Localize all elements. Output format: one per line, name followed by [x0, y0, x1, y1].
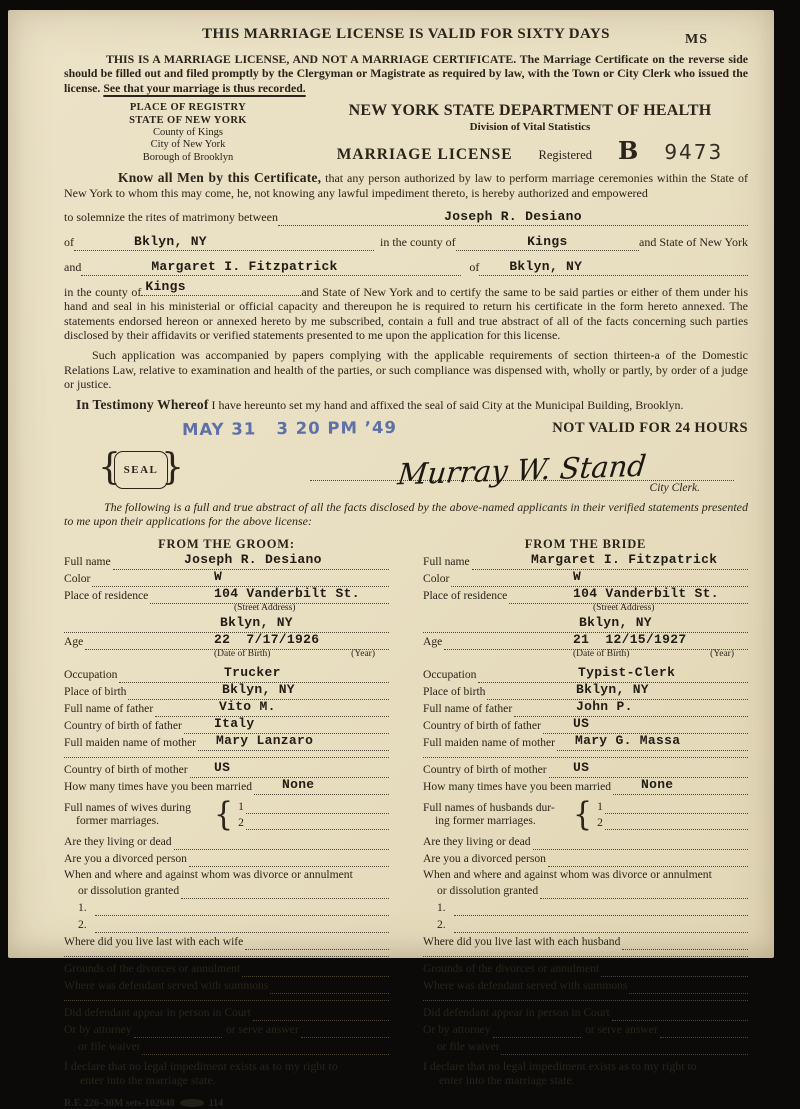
bride-divorce-item1-row: 1.	[423, 899, 748, 916]
dob-note: (Date of Birth)	[573, 650, 629, 662]
field-value: Italy	[214, 717, 255, 731]
bride-birthplace-row: Place of birth Bklyn, NY	[423, 683, 748, 700]
groom-bride-columns: FROM THE GROOM: Full name Joseph R. Desi…	[64, 537, 748, 1030]
bride-living-row: Are they living or dead	[423, 833, 748, 850]
groom-mother-row: Full maiden name of mother Mary Lanzaro	[64, 734, 389, 751]
dob-note-row: (Date of Birth) (Year)	[64, 650, 389, 662]
field-value: 22 7/17/1926	[214, 633, 319, 647]
dotted-line	[242, 962, 389, 977]
county2-label: in the county of	[64, 285, 141, 299]
groom-summons-row: Where was defendant served with summons	[64, 977, 389, 994]
groom-living-row: Are they living or dead	[64, 833, 389, 850]
groom-attorney-row: Or by attorney or serve answer	[64, 1021, 389, 1030]
dob-note-row: (Date of Birth) (Year)	[423, 650, 748, 662]
dotted-line	[548, 852, 748, 867]
dotted-line	[270, 979, 389, 994]
field-label: Place of residence	[423, 590, 509, 604]
field-label: Where was defendant served with summons	[64, 980, 270, 994]
groom-divorce-item1-row: 1.	[64, 899, 389, 916]
groom-birthplace-row: Place of birth Bklyn, NY	[64, 683, 389, 700]
section-divider	[423, 757, 748, 758]
dotted-line	[454, 901, 748, 916]
groom-heading: FROM THE GROOM:	[64, 537, 389, 553]
field-value: Margaret I. Fitzpatrick	[531, 553, 717, 567]
field-value: W	[573, 570, 581, 584]
department-title: NEW YORK STATE DEPARTMENT OF HEALTH	[312, 102, 748, 120]
groom-city-value: Bklyn, NY	[134, 234, 434, 249]
groom-column: FROM THE GROOM: Full name Joseph R. Desi…	[64, 537, 389, 1030]
field-label: Are you a divorced person	[423, 853, 548, 867]
registered-series-letter: B	[618, 141, 638, 160]
notice-paragraph: THIS IS A MARRIAGE LICENSE, AND NOT A MA…	[64, 52, 748, 95]
former-marriages-label: Full names of wives during former marria…	[64, 801, 214, 828]
county2-value: Kings	[145, 279, 186, 295]
date-time-stamp: MAY 31 3 20 PM ’49	[182, 418, 397, 439]
item-number: 1	[238, 801, 246, 815]
dotted-line	[629, 979, 748, 994]
field-label: Age	[64, 636, 85, 650]
former-item-2: 2	[597, 814, 748, 830]
item-number: 1.	[64, 902, 89, 916]
groom-occupation-row: Occupation Trucker	[64, 666, 389, 683]
stamp-row: MAY 31 3 20 PM ’49 NOT VALID FOR 24 HOUR…	[64, 419, 748, 438]
department-block: NEW YORK STATE DEPARTMENT OF HEALTH Divi…	[312, 102, 748, 164]
field-label: Where was defendant served with summons	[423, 980, 629, 994]
bride-name-value: Margaret I. Fitzpatrick	[151, 259, 531, 274]
marriage-license-document: MS THIS MARRIAGE LICENSE IS VALID FOR SI…	[8, 10, 774, 958]
field-label: Age	[423, 636, 444, 650]
solemnize-line: to solemnize the rites of matrimony betw…	[64, 209, 748, 226]
bride-column: FROM THE BRIDE Full name Margaret I. Fit…	[423, 537, 748, 1030]
dotted-line	[253, 1006, 389, 1021]
groom-father-row: Full name of father Vito M.	[64, 700, 389, 717]
bride-full-name-row: Full name Margaret I. Fitzpatrick	[423, 553, 748, 570]
field-value: Bklyn, NY	[579, 616, 652, 630]
field-label: Grounds of the divorces or annulment	[64, 963, 242, 977]
bride-divorce-question-line1: When and where and against whom was divo…	[423, 867, 748, 882]
groom-full-name-row: Full name Joseph R. Desiano	[64, 553, 389, 570]
solemnize-label: to solemnize the rites of matrimony betw…	[64, 210, 278, 226]
field-label: Color	[64, 573, 92, 587]
item-number: 1.	[423, 902, 448, 916]
item-number: 2	[597, 817, 605, 831]
groom-father-country-row: Country of birth of father Italy	[64, 717, 389, 734]
field-label: Did defendant appear in person in Court	[64, 1007, 253, 1021]
field-label: Place of birth	[423, 686, 487, 700]
field-value: John P.	[576, 700, 633, 714]
registered-label: Registered	[539, 148, 592, 163]
field-label: Where did you live last with each husban…	[423, 936, 622, 950]
former-marriage-lines: 1 2	[238, 798, 389, 830]
field-label: Full name	[64, 556, 113, 570]
registry-line3: County of Kings	[64, 127, 312, 139]
item-number: 2.	[423, 919, 448, 933]
field-label: Grounds of the divorces or annulment	[423, 963, 601, 977]
field-label: Occupation	[423, 669, 478, 683]
field-value: Mary G. Massa	[575, 734, 680, 748]
dotted-line	[605, 815, 748, 830]
groom-divorce-question-line1: When and where and against whom was divo…	[64, 867, 389, 882]
bride-summons-row: Where was defendant served with summons	[423, 977, 748, 994]
brace-glyph: {	[573, 795, 592, 834]
field-label: Are you a divorced person	[64, 853, 189, 867]
bride-city-value: Bklyn, NY	[509, 259, 778, 274]
dotted-line	[660, 1023, 748, 1030]
registered-number: 9473	[664, 140, 723, 164]
testimony-text: I have hereunto set my hand and affixed …	[209, 398, 684, 412]
bride-lived-last-row: Where did you live last with each husban…	[423, 933, 748, 950]
bride-times-married-row: How many times have you been married Non…	[423, 778, 748, 795]
bride-city-row: Bklyn, NY	[423, 616, 748, 633]
field-label: Did defendant appear in person in Court	[423, 1007, 612, 1021]
groom-grounds-row: Grounds of the divorces or annulment	[64, 960, 389, 977]
brace-glyph: {	[214, 795, 233, 834]
field-label: Full name of father	[423, 703, 514, 717]
bride-color-row: Color W	[423, 570, 748, 587]
groom-city-row: Bklyn, NY	[64, 616, 389, 633]
state-suffix-text: and State of New York	[639, 235, 748, 251]
groom-former-marriages-block: Full names of wives during former marria…	[64, 797, 389, 832]
dotted-line	[612, 1006, 748, 1021]
field-label: Country of birth of father	[64, 720, 184, 734]
field-value: W	[214, 570, 222, 584]
place-of-registry-block: PLACE OF REGISTRY STATE OF NEW YORK Coun…	[64, 102, 312, 164]
field-value: Bklyn, NY	[576, 683, 649, 697]
dotted-line	[95, 918, 389, 933]
former-line2: ing former marriages.	[423, 814, 573, 827]
dotted-line	[493, 1023, 581, 1030]
dotted-line	[245, 935, 389, 950]
field-label: Are they living or dead	[64, 836, 174, 850]
marriage-license-label: MARRIAGE LICENSE	[337, 146, 513, 164]
field-value: Joseph R. Desiano	[184, 553, 322, 567]
dotted-line: Margaret I. Fitzpatrick	[81, 259, 461, 276]
field-label: Country of birth of father	[423, 720, 543, 734]
dotted-line	[246, 815, 389, 830]
section-divider	[64, 956, 389, 957]
dotted-line	[246, 799, 389, 814]
field-value: Mary Lanzaro	[216, 734, 313, 748]
field-value: Vito M.	[219, 700, 276, 714]
field-value: US	[214, 761, 230, 775]
dotted-line	[189, 852, 389, 867]
field-label: Color	[423, 573, 451, 587]
item-number: 2	[238, 817, 246, 831]
groom-divorce-item2-row: 2.	[64, 916, 389, 933]
not-valid-notice: NOT VALID FOR 24 HOURS	[552, 420, 748, 437]
field-label: Or by attorney	[423, 1024, 493, 1030]
know-all-men-paragraph: Know all Men by this Certificate, that a…	[64, 170, 748, 201]
application-paragraph: Such application was accompanied by pape…	[64, 348, 748, 391]
field-label: or dissolution granted	[423, 885, 540, 899]
field-value: None	[641, 778, 673, 792]
field-label: Place of birth	[64, 686, 128, 700]
field-label: Or by attorney	[64, 1024, 134, 1030]
field-label: Full maiden name of mother	[423, 737, 557, 751]
field-label: Where did you live last with each wife	[64, 936, 245, 950]
certify-paragraph: in the county ofKingsand State of New Yo…	[64, 282, 748, 343]
bride-residence-row: Place of residence 104 Vanderbilt St.	[423, 587, 748, 604]
former-item-1: 1	[597, 798, 748, 814]
bride-age-row: Age 21 12/15/1927	[423, 633, 748, 650]
bride-father-row: Full name of father John P.	[423, 700, 748, 717]
dotted-line	[622, 935, 748, 950]
field-value: US	[573, 761, 589, 775]
notice-underlined-text: See that your marriage is thus recorded.	[103, 81, 305, 95]
of-label: of	[64, 235, 74, 251]
section-divider	[64, 1000, 389, 1001]
field-label: Place of residence	[64, 590, 150, 604]
bride-divorce-question-line2: or dissolution granted	[423, 882, 748, 899]
department-subtitle: Division of Vital Statistics	[312, 121, 748, 133]
testimony-lead: In Testimony Whereof	[76, 397, 209, 412]
bride-father-country-row: Country of birth of father US	[423, 717, 748, 734]
dotted-line	[613, 780, 748, 795]
section-divider	[423, 956, 748, 957]
field-value: Typist-Clerk	[578, 666, 675, 680]
county1-value: Kings	[456, 234, 639, 249]
former-line2: former marriages.	[64, 814, 214, 827]
registry-line1: PLACE OF REGISTRY	[64, 102, 312, 114]
document-title: THIS MARRIAGE LICENSE IS VALID FOR SIXTY…	[64, 26, 748, 43]
dotted-line	[301, 1023, 389, 1030]
and-label: and	[64, 260, 81, 276]
former-item-1: 1	[238, 798, 389, 814]
notice-bold-text: THIS IS A MARRIAGE LICENSE, AND NOT A MA…	[106, 52, 516, 66]
dotted-line: Joseph R. Desiano	[278, 209, 748, 226]
seal-signature-row: SEAL Murray W. Stand City Clerk.	[64, 446, 748, 494]
bride-court-row: Did defendant appear in person in Court	[423, 1004, 748, 1021]
former-line1: Full names of wives during	[64, 801, 191, 814]
field-value: 104 Vanderbilt St.	[214, 587, 360, 601]
groom-residence-line: of Bklyn, NY in the county of Kings and …	[64, 234, 748, 251]
dotted-line	[540, 884, 748, 899]
item-number: 2.	[64, 919, 89, 933]
header-row: PLACE OF REGISTRY STATE OF NEW YORK Coun…	[64, 102, 748, 164]
field-label: How many times have you been married	[64, 781, 254, 795]
groom-name-value: Joseph R. Desiano	[278, 209, 748, 224]
bride-attorney-row: Or by attorney or serve answer	[423, 1021, 748, 1030]
section-divider	[423, 1000, 748, 1001]
field-label: Full name of father	[64, 703, 155, 717]
bride-mother-country-row: Country of birth of mother US	[423, 761, 748, 778]
groom-lived-last-row: Where did you live last with each wife	[64, 933, 389, 950]
registry-line4: City of New York	[64, 139, 312, 151]
dotted-line	[533, 835, 748, 850]
dob-note: (Date of Birth)	[214, 650, 270, 662]
groom-times-married-row: How many times have you been married Non…	[64, 778, 389, 795]
field-label: Country of birth of mother	[64, 764, 190, 778]
dotted-line	[92, 572, 389, 587]
former-item-2: 2	[238, 814, 389, 830]
former-marriage-lines: 1 2	[597, 798, 748, 830]
bride-former-marriages-block: Full names of husbands dur- ing former m…	[423, 797, 748, 832]
field-label: Full maiden name of mother	[64, 737, 198, 751]
field-label: Country of birth of mother	[423, 764, 549, 778]
field-label: How many times have you been married	[423, 781, 613, 795]
field-label: or dissolution granted	[64, 885, 181, 899]
groom-residence-row: Place of residence 104 Vanderbilt St.	[64, 587, 389, 604]
field-label: Occupation	[64, 669, 119, 683]
bride-grounds-row: Grounds of the divorces or annulment	[423, 960, 748, 977]
registry-line2: STATE OF NEW YORK	[64, 115, 312, 127]
know-all-men-lead: Know all Men by this Certificate,	[118, 170, 321, 185]
year-note: (Year)	[351, 650, 375, 662]
signature-block: Murray W. Stand City Clerk.	[310, 446, 748, 494]
seal-label: SEAL	[114, 451, 168, 489]
section-divider	[64, 757, 389, 758]
bride-occupation-row: Occupation Typist-Clerk	[423, 666, 748, 683]
groom-divorced-row: Are you a divorced person	[64, 850, 389, 867]
dotted-line: Kings	[456, 234, 639, 251]
seal-emblem: SEAL	[102, 446, 180, 494]
year-note: (Year)	[710, 650, 734, 662]
dotted-line: Bklyn, NY	[74, 234, 374, 251]
groom-divorce-question-line2: or dissolution granted	[64, 882, 389, 899]
former-line1: Full names of husbands dur-	[423, 801, 555, 814]
groom-color-row: Color W	[64, 570, 389, 587]
dotted-line: Bklyn, NY	[479, 259, 748, 276]
dotted-line	[605, 799, 748, 814]
groom-mother-country-row: Country of birth of mother US	[64, 761, 389, 778]
field-value: Bklyn, NY	[220, 616, 293, 630]
dotted-line	[254, 780, 389, 795]
field-value: US	[573, 717, 589, 731]
dotted-line: Kings	[141, 282, 301, 296]
field-value: None	[282, 778, 314, 792]
dotted-line	[174, 835, 389, 850]
bride-divorced-row: Are you a divorced person	[423, 850, 748, 867]
corner-mark: MS	[685, 32, 708, 48]
testimony-paragraph: In Testimony Whereof I have hereunto set…	[64, 397, 748, 413]
dotted-line	[95, 901, 389, 916]
former-marriages-label: Full names of husbands dur- ing former m…	[423, 801, 573, 828]
bride-name-line: and Margaret I. Fitzpatrick of Bklyn, NY	[64, 259, 748, 276]
field-value: Trucker	[224, 666, 281, 680]
bride-heading: FROM THE BRIDE	[423, 537, 748, 553]
field-label: Are they living or dead	[423, 836, 533, 850]
bride-mother-row: Full maiden name of mother Mary G. Massa	[423, 734, 748, 751]
dotted-line	[451, 572, 748, 587]
registry-line5: Borough of Brooklyn	[64, 152, 312, 164]
field-label: or serve answer	[581, 1024, 660, 1030]
bride-divorce-item2-row: 2.	[423, 916, 748, 933]
field-value: Bklyn, NY	[222, 683, 295, 697]
field-value: 104 Vanderbilt St.	[573, 587, 719, 601]
field-label: Full name	[423, 556, 472, 570]
dotted-line	[181, 884, 389, 899]
dotted-line	[134, 1023, 222, 1030]
dotted-line	[601, 962, 748, 977]
item-number: 1	[597, 801, 605, 815]
abstract-intro: The following is a full and true abstrac…	[64, 500, 748, 529]
groom-age-row: Age 22 7/17/1926	[64, 633, 389, 650]
groom-court-row: Did defendant appear in person in Court	[64, 1004, 389, 1021]
field-label: or serve answer	[222, 1024, 301, 1030]
dotted-line	[454, 918, 748, 933]
license-number-row: MARRIAGE LICENSE Registered B 9473	[312, 140, 748, 164]
field-value: 21 12/15/1927	[573, 633, 686, 647]
